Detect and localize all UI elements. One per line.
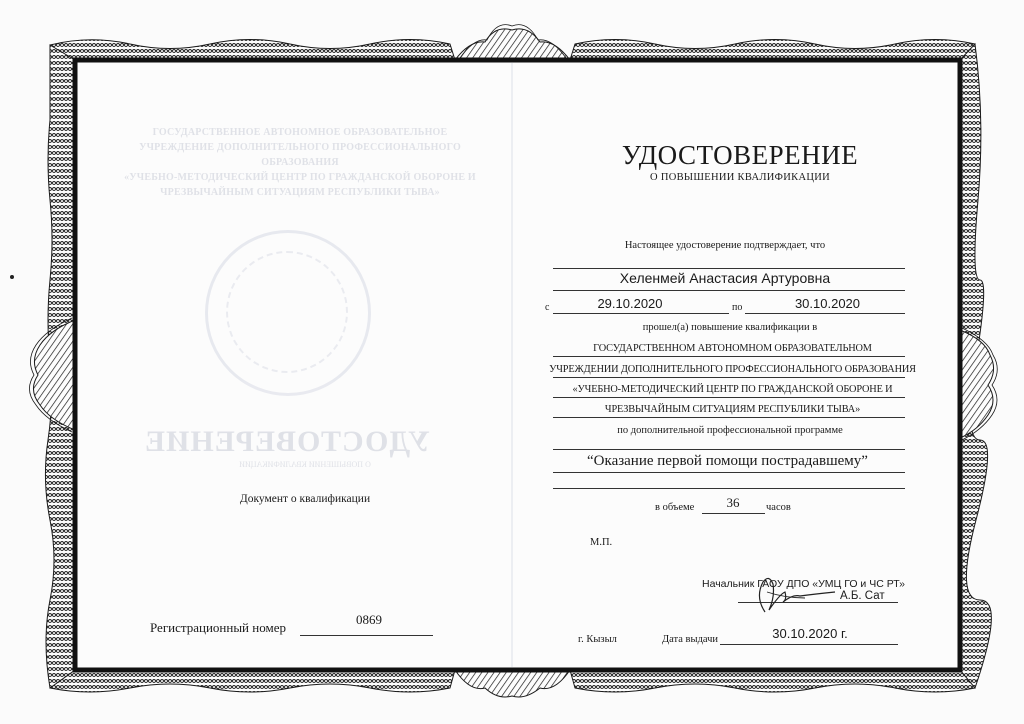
- organization-line: ГОСУДАРСТВЕННОМ АВТОНОМНОМ ОБРАЗОВАТЕЛЬН…: [545, 343, 920, 354]
- org-underline: [553, 397, 905, 398]
- signature-icon: [745, 572, 840, 617]
- city: г. Кызыл: [578, 634, 617, 645]
- from-label: с: [545, 302, 549, 313]
- holder-full-name: Хеленмей Анастасия Артуровна: [560, 270, 890, 286]
- issue-date-label: Дата выдачи: [662, 634, 718, 645]
- issue-date-underline: [720, 644, 898, 645]
- registration-underline: [300, 635, 433, 636]
- ghost-header-line: «УЧЕБНО-МЕТОДИЧЕСКИЙ ЦЕНТР ПО ГРАЖДАНСКО…: [110, 170, 490, 185]
- program-extra-line: [553, 488, 905, 489]
- head-name: А.Б. Сат: [840, 590, 885, 602]
- org-underline: [553, 417, 905, 418]
- organization-line: «УЧЕБНО-МЕТОДИЧЕСКИЙ ЦЕНТР ПО ГРАЖДАНСКО…: [545, 384, 920, 395]
- passed-text: прошел(а) повышение квалификации в: [560, 322, 900, 333]
- ghost-header-line: ГОСУДАРСТВЕННОЕ АВТОНОМНОЕ ОБРАЗОВАТЕЛЬН…: [110, 125, 490, 140]
- ghost-header-line: УЧРЕЖДЕНИЕ ДОПОЛНИТЕЛЬНОГО ПРОФЕССИОНАЛЬ…: [110, 140, 490, 170]
- program-name: “Оказание первой помощи пострадавшему”: [550, 453, 905, 470]
- document-label: Документ о квалификации: [200, 493, 410, 505]
- guilloche-border: [0, 0, 1024, 724]
- ghost-subtitle: О ПОВЫШЕНИИ КВАЛИФИКАЦИИ: [190, 460, 420, 469]
- date-from-underline: [553, 313, 729, 314]
- to-label: по: [732, 302, 742, 313]
- program-label: по дополнительной профессиональной прогр…: [560, 425, 900, 436]
- name-underline: [553, 290, 905, 291]
- confirm-text: Настоящее удостоверение подтверждает, чт…: [560, 240, 890, 251]
- certificate-subtitle: О ПОВЫШЕНИИ КВАЛИФИКАЦИИ: [560, 172, 920, 183]
- program-top-line: [553, 449, 905, 450]
- stamp-placeholder: М.П.: [590, 537, 612, 548]
- ghost-header-line: ЧРЕЗВЫЧАЙНЫМ СИТУАЦИЯМ РЕСПУБЛИКИ ТЫВА»: [110, 185, 490, 200]
- ghost-organization-header: ГОСУДАРСТВЕННОЕ АВТОНОМНОЕ ОБРАЗОВАТЕЛЬН…: [110, 125, 490, 200]
- date-to-underline: [745, 313, 905, 314]
- ghost-title: УДОСТОВЕРЕНИЕ: [170, 425, 430, 459]
- program-underline: [553, 472, 905, 473]
- volume-underline: [702, 513, 765, 514]
- organization-line: УЧРЕЖДЕНИИ ДОПОЛНИТЕЛЬНОГО ПРОФЕССИОНАЛЬ…: [545, 364, 920, 375]
- volume-hours-value: 36: [703, 495, 763, 511]
- organization-line: ЧРЕЗВЫЧАЙНЫМ СИТУАЦИЯМ РЕСПУБЛИКИ ТЫВА»: [545, 404, 920, 415]
- ghost-emblem-icon: [205, 230, 371, 396]
- name-top-line: [553, 268, 905, 269]
- org-underline: [553, 356, 905, 357]
- registration-number: 0869: [305, 612, 433, 628]
- date-from: 29.10.2020: [555, 296, 705, 311]
- issue-date: 30.10.2020 г.: [730, 626, 890, 641]
- volume-label: в объеме: [655, 502, 694, 513]
- date-to: 30.10.2020: [750, 296, 905, 311]
- org-underline: [553, 377, 905, 378]
- registration-label: Регистрационный номер: [150, 620, 286, 636]
- certificate-title: УДОСТОВЕРЕНИЕ: [560, 140, 920, 171]
- hours-label: часов: [766, 502, 791, 513]
